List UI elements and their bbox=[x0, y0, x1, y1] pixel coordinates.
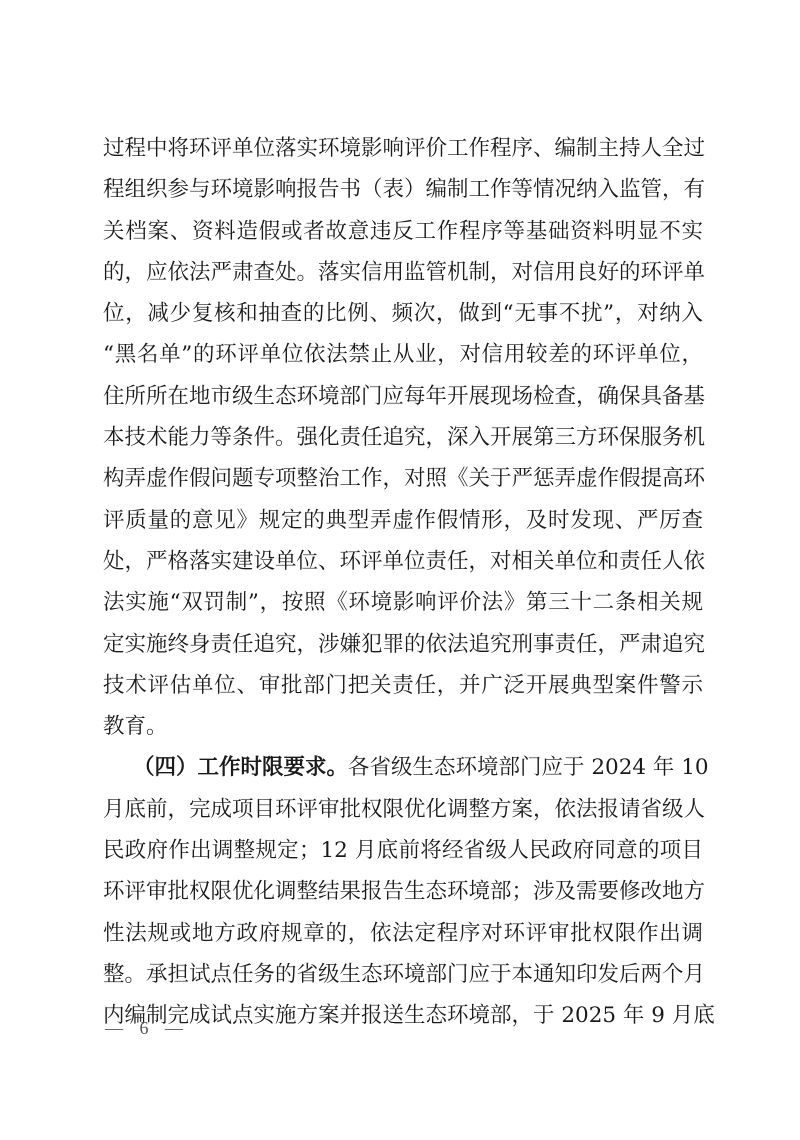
text-line: 技术评估单位、审批部门把关责任，并广泛开展典型案件警示 bbox=[103, 665, 703, 706]
text-line: 位，减少复核和抽查的比例、频次，做到“无事不扰”，对纳入 bbox=[103, 293, 703, 334]
text-line: 评质量的意见》规定的典型弄虚作假情形，及时发现、严厉查 bbox=[103, 500, 703, 541]
text-line: 月底前，完成项目环评审批权限优化调整方案，依法报请省级人 bbox=[103, 789, 703, 830]
text-line: 民政府作出调整规定；12 月底前将经省级人民政府同意的项目 bbox=[103, 830, 703, 871]
text-line: 过程中将环评单位落实环境影响评价工作程序、编制主持人全过 bbox=[103, 128, 703, 169]
section-heading-line: （四）工作时限要求。各省级生态环境部门应于 2024 年 10 bbox=[103, 747, 703, 788]
section-heading: （四）工作时限要求。 bbox=[133, 755, 348, 780]
text-line: 处，严格落实建设单位、环评单位责任，对相关单位和责任人依 bbox=[103, 541, 703, 582]
text-line: 关档案、资料造假或者故意违反工作程序等基础资料明显不实 bbox=[103, 211, 703, 252]
text-line: 定实施终身责任追究，涉嫌犯罪的依法追究刑事责任，严肃追究 bbox=[103, 624, 703, 665]
text-line: 整。承担试点任务的省级生态环境部门应于本通知印发后两个月 bbox=[103, 954, 703, 995]
page-number: — 6 — bbox=[105, 1018, 189, 1039]
document-body: 过程中将环评单位落实环境影响评价工作程序、编制主持人全过 程组织参与环境影响报告… bbox=[103, 128, 703, 1037]
text-line: 性法规或地方政府规章的，依法定程序对环评审批权限作出调 bbox=[103, 913, 703, 954]
text-line: 法实施“双罚制”，按照《环境影响评价法》第三十二条相关规 bbox=[103, 582, 703, 623]
text-line: 环评审批权限优化调整结果报告生态环境部；涉及需要修改地方 bbox=[103, 871, 703, 912]
document-page: 过程中将环评单位落实环境影响评价工作程序、编制主持人全过 程组织参与环境影响报告… bbox=[0, 0, 800, 1140]
text-line: 的，应依法严肃查处。落实信用监管机制，对信用良好的环评单 bbox=[103, 252, 703, 293]
text-line: 程组织参与环境影响报告书（表）编制工作等情况纳入监管，有 bbox=[103, 169, 703, 210]
text-line: 构弄虚作假问题专项整治工作，对照《关于严惩弄虚作假提高环 bbox=[103, 458, 703, 499]
text-line: 教育。 bbox=[103, 706, 703, 747]
text-line: 内编制完成试点实施方案并报送生态环境部，于 2025 年 9 月底 bbox=[103, 995, 703, 1036]
text-line: “黑名单”的环评单位依法禁止从业，对信用较差的环评单位， bbox=[103, 334, 703, 375]
text-line: 住所所在地市级生态环境部门应每年开展现场检查，确保具备基 bbox=[103, 376, 703, 417]
section-first-line: （四）工作时限要求。各省级生态环境部门应于 2024 年 10 bbox=[103, 747, 703, 788]
section-first-line-text: 各省级生态环境部门应于 2024 年 10 bbox=[348, 755, 709, 780]
text-line: 本技术能力等条件。强化责任追究，深入开展第三方环保服务机 bbox=[103, 417, 703, 458]
